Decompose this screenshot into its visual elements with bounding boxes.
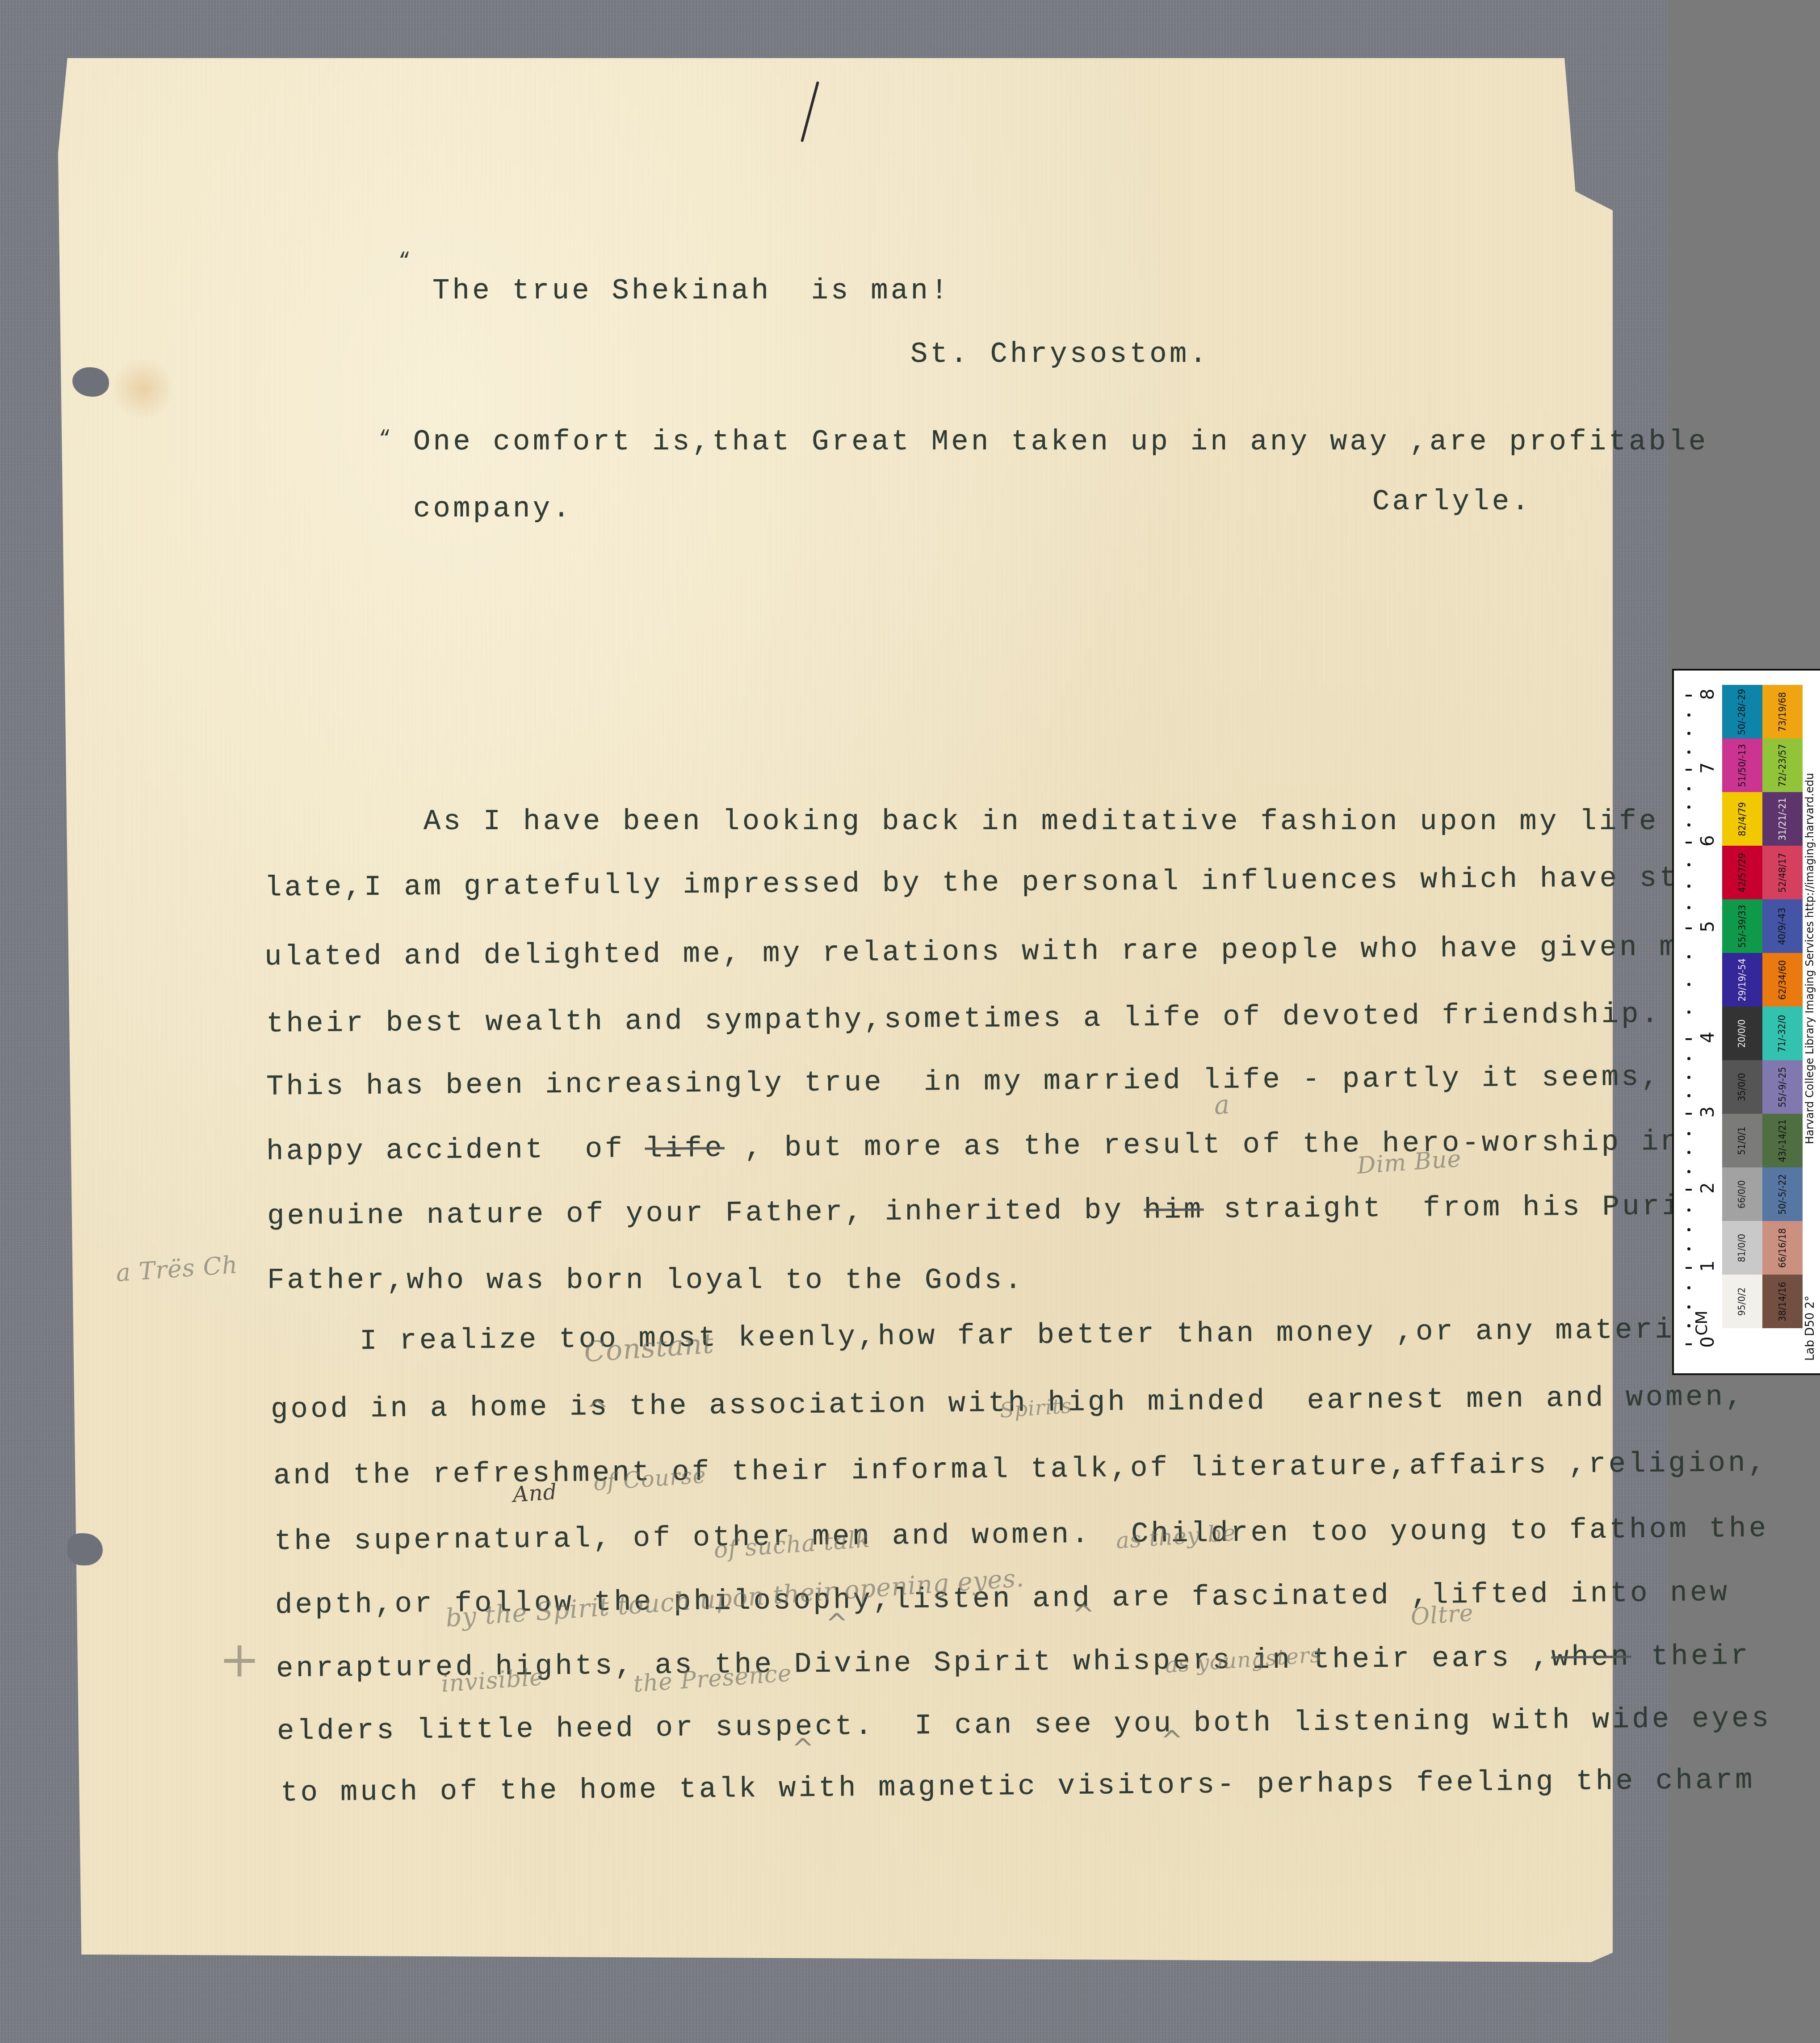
body-line: Father,who was born loyal to the Gods. xyxy=(267,1267,1024,1295)
color-patch-label: 66/0/0 xyxy=(1736,1180,1748,1208)
color-patch-label: 55/-39/33 xyxy=(1737,905,1748,948)
color-patch-label: 35/0/0 xyxy=(1736,1073,1748,1101)
insertion-caret: ^ xyxy=(792,1733,814,1765)
color-patch: 82/4/79 xyxy=(1722,792,1762,846)
color-patch: 73/19/68 xyxy=(1762,685,1803,738)
color-patch: 66/16/18 xyxy=(1762,1221,1803,1275)
pencil-annotation: Spirits xyxy=(999,1393,1073,1422)
paper-stain xyxy=(112,357,174,420)
ruler-number: 0 xyxy=(1698,1333,1718,1351)
ruler-dot xyxy=(1687,1286,1690,1289)
color-patch-label: 51/0/1 xyxy=(1736,1126,1748,1155)
ruler-tick xyxy=(1686,1113,1692,1115)
insertion-caret: ^ xyxy=(1072,1599,1095,1631)
color-patch-label: 43/-14/21 xyxy=(1777,1119,1788,1162)
color-patch-label: 31/21/-21 xyxy=(1777,797,1788,840)
ruler-dot xyxy=(1687,906,1690,909)
ink-annotation: And xyxy=(512,1479,558,1507)
ruler-number: 2 xyxy=(1698,1179,1718,1197)
ruler-number: 5 xyxy=(1698,918,1718,936)
cm-label: CM xyxy=(1693,1310,1711,1335)
color-patch-label: 95/0/2 xyxy=(1736,1287,1748,1316)
ruler-dot xyxy=(1687,1305,1690,1309)
color-patch-label: 42/57/29 xyxy=(1736,853,1748,893)
color-patch: 40/9/-43 xyxy=(1762,899,1803,953)
color-patch: 95/0/2 xyxy=(1722,1275,1762,1328)
color-patch-label: 40/9/-43 xyxy=(1777,907,1788,944)
color-patch: 62/34/60 xyxy=(1762,953,1803,1007)
color-patch: 55/-9/-25 xyxy=(1762,1060,1803,1114)
color-patch-label: 20/0/0 xyxy=(1736,1019,1748,1048)
color-patch-label: 50/-5/-22 xyxy=(1777,1174,1788,1215)
color-patch: 52/48/17 xyxy=(1762,846,1803,899)
color-patch-label: 52/48/17 xyxy=(1777,853,1788,893)
epigraph-text: The true Shekinah is man! xyxy=(432,277,951,306)
color-patch-label: 38/14/16 xyxy=(1777,1282,1788,1321)
ruler-dot xyxy=(1687,1076,1690,1079)
color-patch: 31/21/-21 xyxy=(1762,792,1803,846)
ruler-dot xyxy=(1687,983,1690,986)
ruler-number: 3 xyxy=(1698,1103,1718,1121)
color-patch-label: 55/-9/-25 xyxy=(1777,1067,1788,1107)
color-patch: 72/-23/57 xyxy=(1762,738,1803,792)
ruler-number: 4 xyxy=(1698,1028,1718,1046)
pencil-annotation: a xyxy=(1213,1089,1231,1120)
color-patch-label: 66/16/18 xyxy=(1777,1228,1788,1268)
cm-ruler: CM 0 1 2 3 4 5 6 7 8 xyxy=(1682,671,1718,1373)
ruler-number: 1 xyxy=(1698,1257,1718,1275)
ruler-dot xyxy=(1687,805,1690,809)
ruler-tick xyxy=(1686,842,1692,843)
color-patch: 50/-5/-22 xyxy=(1762,1167,1803,1221)
color-patch-label: 82/4/79 xyxy=(1736,802,1748,836)
color-patch: 43/-14/21 xyxy=(1762,1114,1803,1167)
insertion-caret: ^ xyxy=(586,1395,608,1426)
ruler-tick xyxy=(1686,1038,1692,1040)
ruler-dot xyxy=(1687,1170,1690,1173)
ruler-dot xyxy=(1687,823,1690,826)
epigraph-text-line2: company. xyxy=(413,495,573,524)
open-quote: “ xyxy=(398,251,413,271)
color-patch: 20/0/0 xyxy=(1722,1007,1762,1060)
color-patch-label: 72/-23/57 xyxy=(1777,744,1788,787)
margin-cross-mark: + xyxy=(219,1631,260,1688)
ruler-tick xyxy=(1686,1343,1692,1345)
epigraph-attribution: Carlyle. xyxy=(1372,488,1532,516)
struck-word: him xyxy=(1144,1194,1204,1227)
ruler-number: 8 xyxy=(1698,685,1718,703)
lab-illuminant-note: Lab D50 2° xyxy=(1803,1296,1817,1361)
ruler-dot xyxy=(1687,1228,1690,1231)
ruler-tick xyxy=(1686,695,1692,696)
color-patch-label: 73/19/68 xyxy=(1777,692,1788,732)
color-patch: 38/14/16 xyxy=(1762,1275,1803,1328)
binding-hole-bottom xyxy=(67,1533,103,1565)
color-patch: 55/-39/33 xyxy=(1722,899,1762,953)
ruler-tick xyxy=(1686,927,1692,929)
ruler-dot xyxy=(1687,885,1690,888)
ruler-dot xyxy=(1687,1057,1690,1060)
pencil-annotation: Oltre xyxy=(1410,1599,1475,1631)
ruler-dot xyxy=(1687,1011,1690,1014)
ruler-dot xyxy=(1687,732,1690,735)
ruler-tick xyxy=(1686,1267,1692,1269)
color-patch: 71/-32/0 xyxy=(1762,1007,1803,1060)
color-patch: 51/50/-13 xyxy=(1722,738,1762,792)
color-calibration-target: CM 0 1 2 3 4 5 6 7 8 95/0/281/0/066/0/05… xyxy=(1672,669,1820,1375)
ruler-tick xyxy=(1686,1189,1692,1191)
struck-word: when xyxy=(1551,1641,1631,1674)
color-patch-label: 29/19/-54 xyxy=(1737,958,1748,1001)
body-line: As I have been looking back in meditativ… xyxy=(424,808,1719,836)
color-patch: 29/19/-54 xyxy=(1722,953,1762,1007)
ruler-dot xyxy=(1687,1132,1690,1135)
insertion-caret: ^ xyxy=(1161,1725,1183,1757)
color-patch-label: 81/0/0 xyxy=(1736,1233,1748,1262)
color-patch-label: 51/50/-13 xyxy=(1737,744,1748,787)
ruler-dot xyxy=(1687,1208,1690,1212)
ruler-number: 7 xyxy=(1698,759,1718,777)
ruler-number: 6 xyxy=(1698,832,1718,850)
imaging-credit: Harvard College Library Imaging Services… xyxy=(1803,773,1816,1144)
ruler-dot xyxy=(1687,1151,1690,1154)
ruler-dot xyxy=(1687,1324,1690,1327)
color-patch-label: 62/34/60 xyxy=(1777,960,1788,1000)
color-patch-label: 50/-28/-29 xyxy=(1737,688,1748,734)
ruler-dot xyxy=(1687,1247,1690,1250)
color-patch: 35/0/0 xyxy=(1722,1060,1762,1114)
ruler-dot xyxy=(1687,863,1690,866)
epigraph-attribution: St. Chrysostom. xyxy=(910,340,1209,369)
ruler-dot xyxy=(1687,955,1690,958)
color-patch: 42/57/29 xyxy=(1722,846,1762,899)
open-quote: “ xyxy=(379,429,394,449)
ruler-dot xyxy=(1687,751,1690,754)
color-patch: 51/0/1 xyxy=(1722,1114,1762,1167)
ruler-dot xyxy=(1687,787,1690,790)
color-patch: 66/0/0 xyxy=(1722,1167,1762,1221)
ruler-dot xyxy=(1687,713,1690,717)
insertion-caret: ^ xyxy=(826,1608,848,1640)
ruler-dot xyxy=(1687,1094,1690,1097)
color-patch: 50/-28/-29 xyxy=(1722,685,1762,738)
color-patch-label: 71/-32/0 xyxy=(1777,1015,1788,1052)
color-patch: 81/0/0 xyxy=(1722,1221,1762,1275)
epigraph-text-line1: One comfort is,that Great Men taken up i… xyxy=(413,428,1708,457)
struck-word: life xyxy=(645,1133,725,1166)
ruler-tick xyxy=(1686,769,1692,771)
